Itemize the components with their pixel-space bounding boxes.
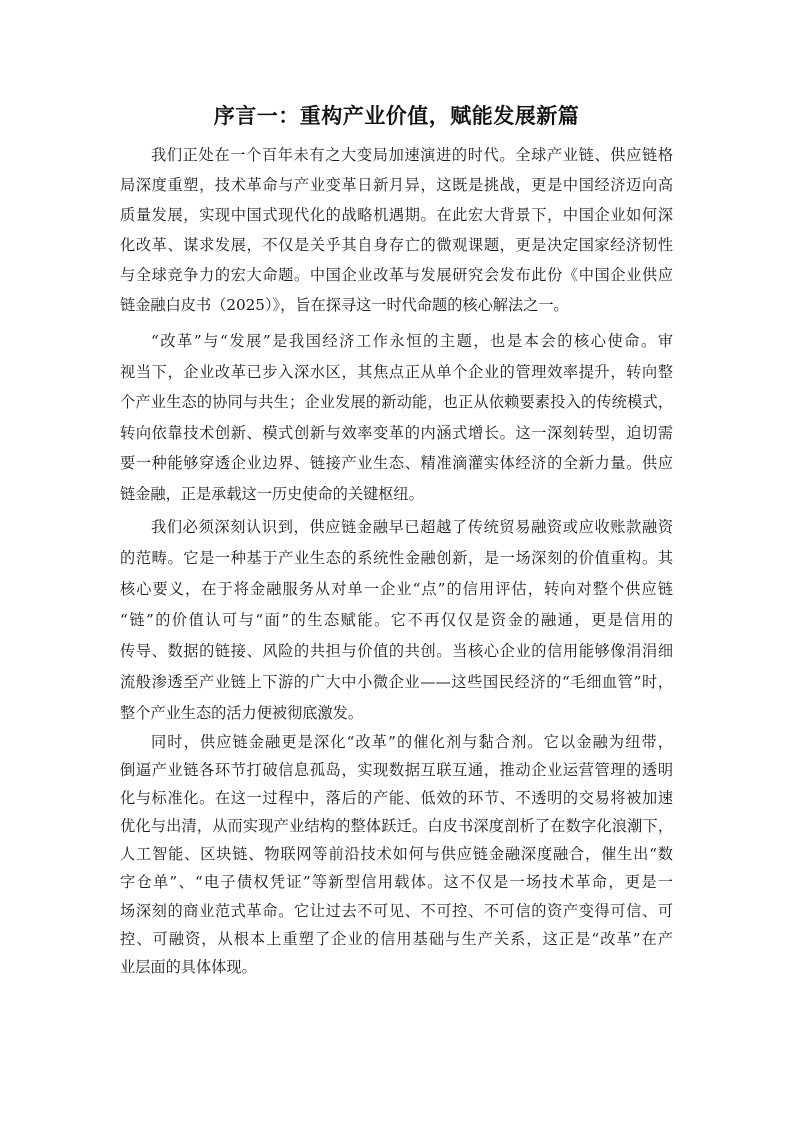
text-line: 优化与出清，从而实现产业结构的整体跃迁。白皮书深度剖析了在数字化浪潮下， xyxy=(120,812,673,840)
text-line: 业层面的具体体现。 xyxy=(120,953,673,981)
paragraph-1: 我们正处在一个百年未有之大变局加速演进的时代。全球产业链、供应链格 局深度重塑，… xyxy=(120,140,673,320)
document-page: 序言一：重构产业价值，赋能发展新篇 我们正处在一个百年未有之大变局加速演进的时代… xyxy=(0,0,793,1122)
text-line: 个产业生态的协同与共生；企业发展的新动能，也正从依赖要素投入的传统模式， xyxy=(120,387,673,418)
text-line: “链”的价值认可与“面”的生态赋能。它不再仅仅是资金的融通，更是信用的 xyxy=(120,605,673,636)
text-line: 控、可融资，从根本上重塑了企业的信用基础与生产关系，这正是“改革”在产 xyxy=(120,925,673,953)
text-line: 人工智能、区块链、物联网等前沿技术如何与供应链金融深度融合，催生出“数 xyxy=(120,840,673,868)
text-line: 场深刻的商业范式革命。它让过去不可见、不可控、不可信的资产变得可信、可 xyxy=(120,897,673,925)
text-line: 流般渗透至产业链上下游的广大中小微企业——这些国民经济的“毛细血管”时， xyxy=(120,667,673,698)
text-line: 整个产业生态的活力便被彻底激发。 xyxy=(120,698,673,729)
paragraph-4: 同时，供应链金融更是深化“改革”的催化剂与黏合剂。它以金融为纽带， 倒逼产业链各… xyxy=(120,728,673,981)
text-line: 传导、数据的链接、风险的共担与价值的共创。当核心企业的信用能够像涓涓细 xyxy=(120,636,673,667)
paragraph-2: “改革”与“发展”是我国经济工作永恒的主题，也是本会的核心使命。审 视当下，企业… xyxy=(120,326,673,510)
paragraph-3: 我们必须深刻认识到，供应链金融早已超越了传统贸易融资或应收账款融资 的范畴。它是… xyxy=(120,512,673,729)
text-line: 化改革、谋求发展，不仅是关乎其自身存亡的微观课题，更是决定国家经济韧性 xyxy=(120,230,673,260)
text-line: 的范畴。它是一种基于产业生态的系统性金融创新，是一场深刻的价值重构。其 xyxy=(120,543,673,574)
text-line: 链金融，正是承载这一历史使命的关键枢纽。 xyxy=(120,479,673,510)
text-line: 要一种能够穿透企业边界、链接产业生态、精准滴灌实体经济的全新力量。供应 xyxy=(120,448,673,479)
text-line: 局深度重塑，技术革命与产业变革日新月异，这既是挑战，更是中国经济迈向高 xyxy=(120,170,673,200)
text-line: 化与标准化。在这一过程中，落后的产能、低效的环节、不透明的交易将被加速 xyxy=(120,784,673,812)
text-line: “改革”与“发展”是我国经济工作永恒的主题，也是本会的核心使命。审 xyxy=(120,326,673,357)
text-line: 视当下，企业改革已步入深水区，其焦点正从单个企业的管理效率提升，转向整 xyxy=(120,357,673,388)
text-line: 字仓单”、“电子债权凭证”等新型信用载体。这不仅是一场技术革命，更是一 xyxy=(120,868,673,896)
text-line: 链金融白皮书（2025）》，旨在探寻这一时代命题的核心解法之一。 xyxy=(120,290,673,320)
page-title: 序言一：重构产业价值，赋能发展新篇 xyxy=(0,101,793,131)
text-line: 同时，供应链金融更是深化“改革”的催化剂与黏合剂。它以金融为纽带， xyxy=(120,728,673,756)
text-line: 核心要义，在于将金融服务从对单一企业“点”的信用评估，转向对整个供应链 xyxy=(120,574,673,605)
text-line: 质量发展，实现中国式现代化的战略机遇期。在此宏大背景下，中国企业如何深 xyxy=(120,200,673,230)
text-line: 与全球竞争力的宏大命题。中国企业改革与发展研究会发布此份《中国企业供应 xyxy=(120,260,673,290)
text-line: 我们正处在一个百年未有之大变局加速演进的时代。全球产业链、供应链格 xyxy=(120,140,673,170)
text-line: 我们必须深刻认识到，供应链金融早已超越了传统贸易融资或应收账款融资 xyxy=(120,512,673,543)
text-line: 转向依靠技术创新、模式创新与效率变革的内涵式增长。这一深刻转型，迫切需 xyxy=(120,418,673,449)
text-line: 倒逼产业链各环节打破信息孤岛，实现数据互联互通，推动企业运营管理的透明 xyxy=(120,756,673,784)
